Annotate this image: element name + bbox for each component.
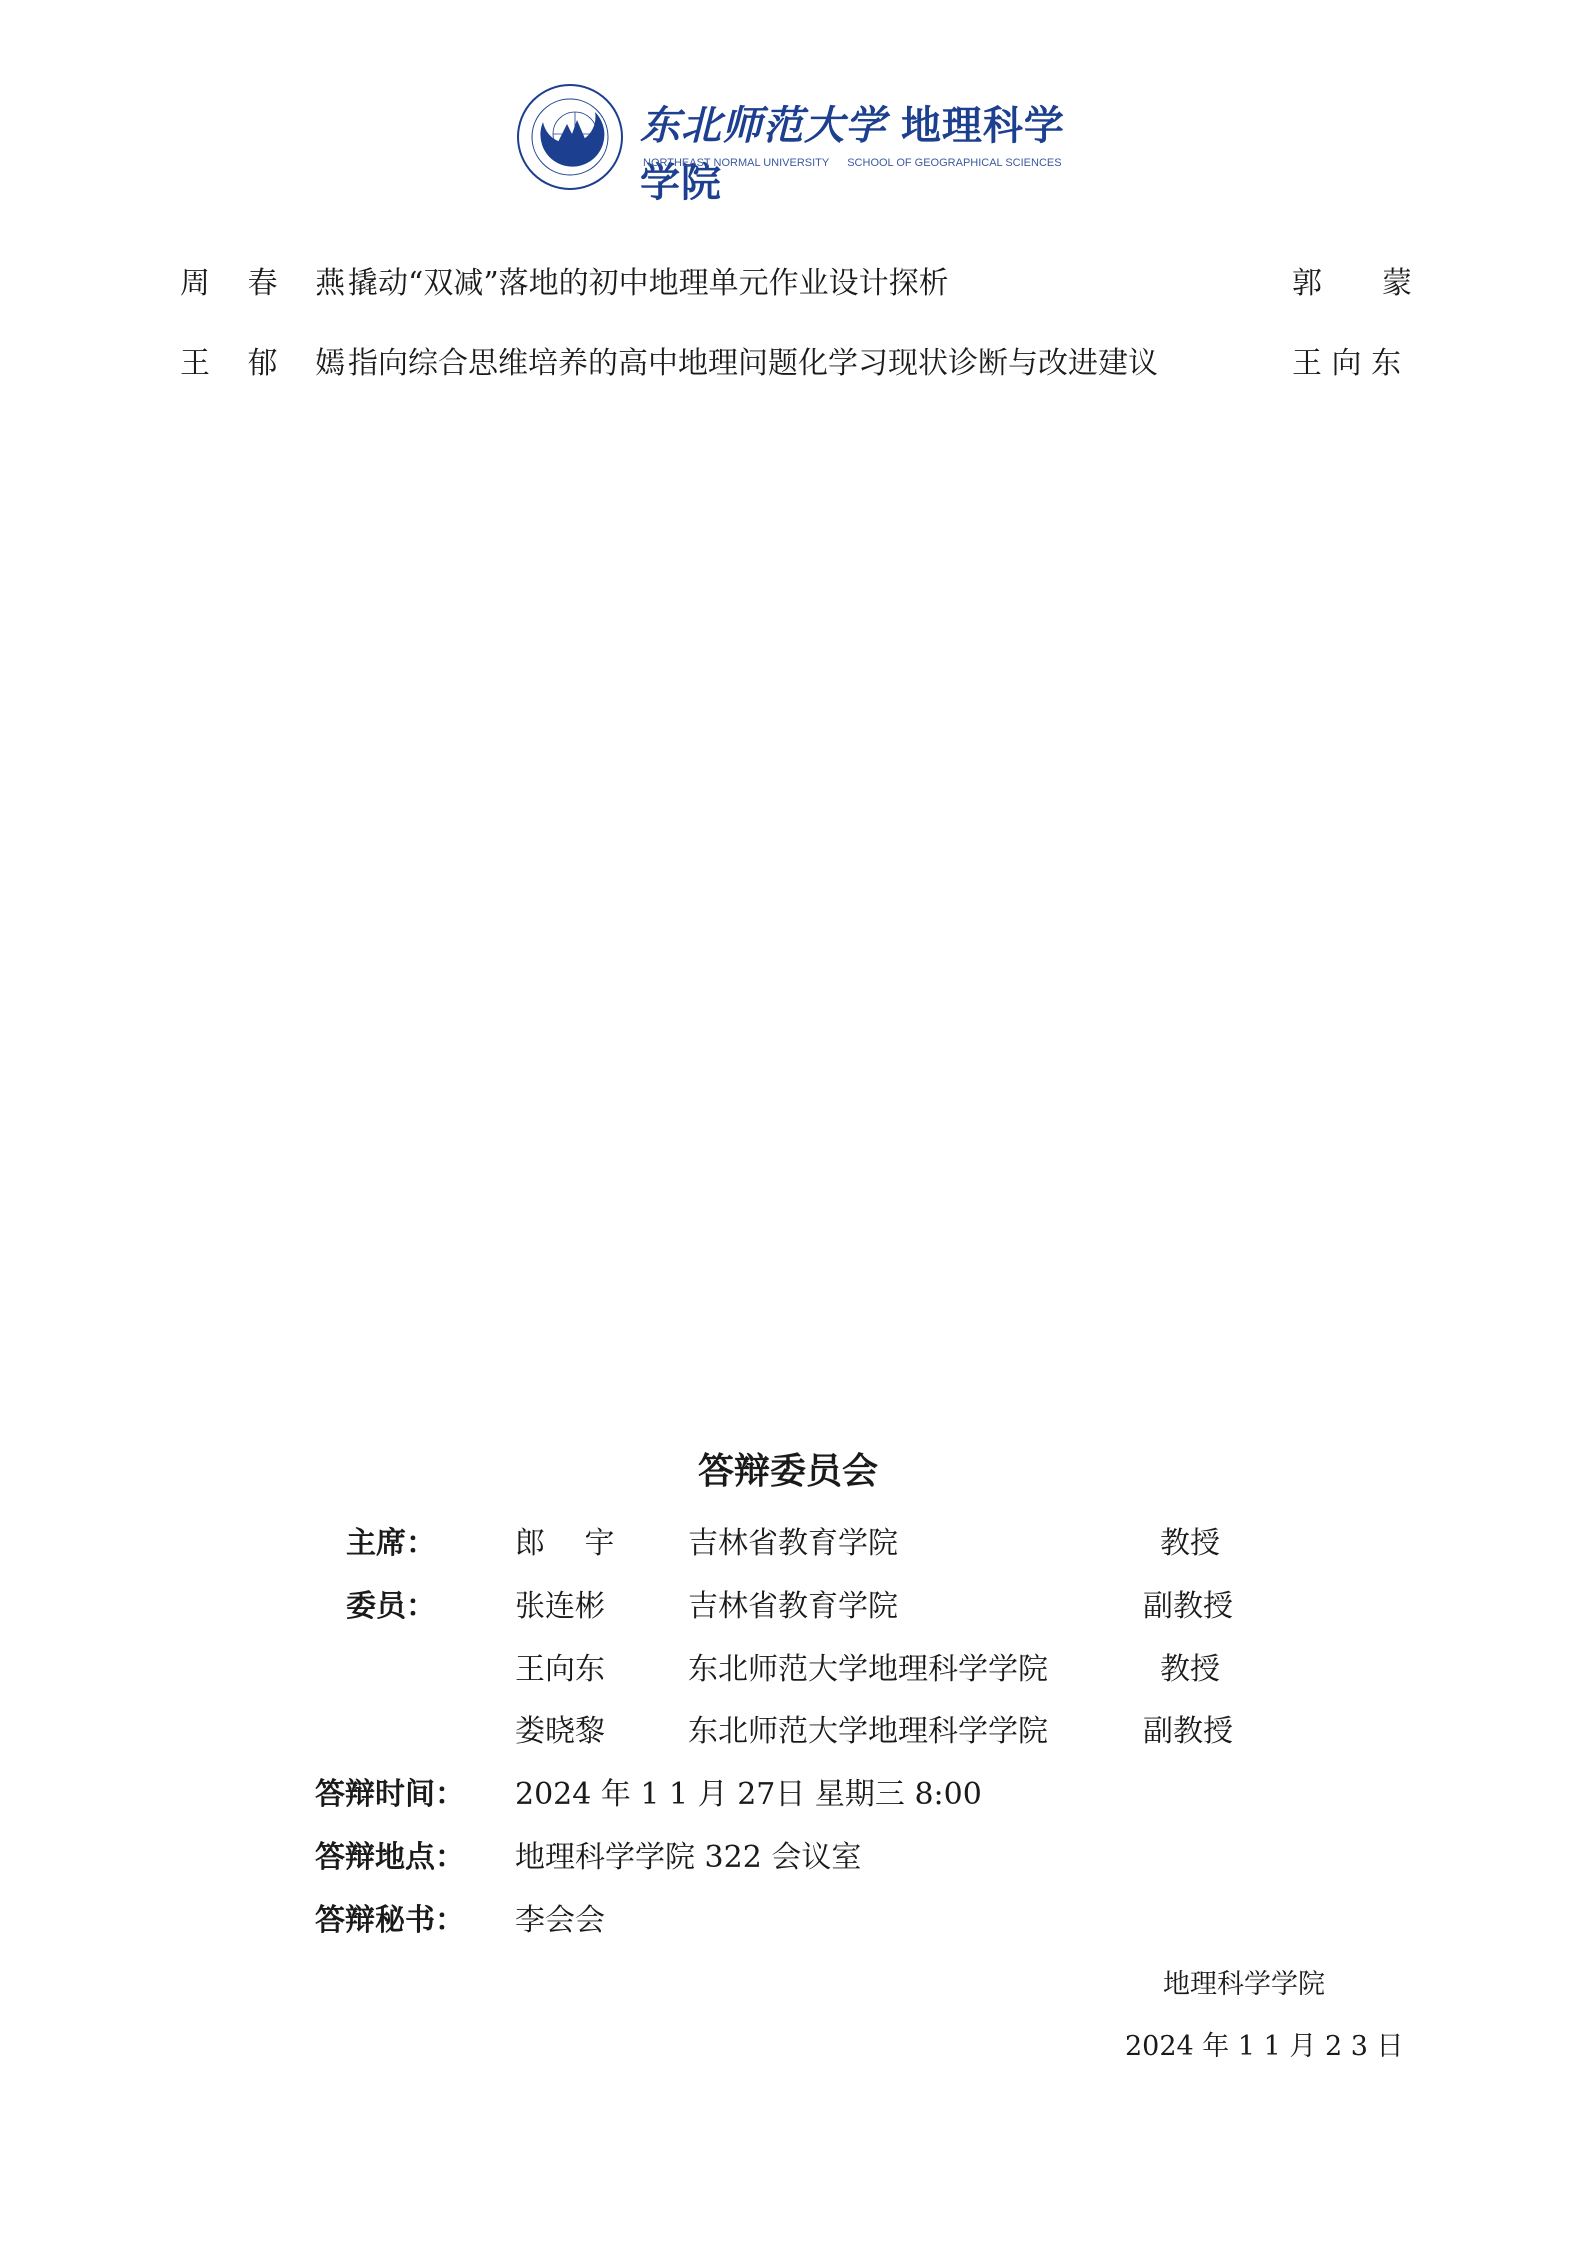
issue-date: 2024 年 1 1 月 2 3 日 — [1125, 2024, 1404, 2063]
committee-member-affiliation: 东北师范大学地理科学学院 — [688, 1644, 1048, 1688]
committee-member-affiliation: 吉林省教育学院 — [688, 1518, 898, 1562]
members-label: 委员： — [346, 1581, 436, 1625]
school-name-en: SCHOOL OF GEOGRAPHICAL SCIENCES — [847, 157, 1061, 169]
committee-member-rank: 副教授 — [1143, 1706, 1233, 1750]
defense-time-value: 2024 年 1 1 月 27日 星期三 8:00 — [515, 1769, 982, 1813]
defense-place-label: 答辩地点： — [315, 1832, 465, 1876]
committee-member-name: 郎 宇 — [515, 1518, 615, 1562]
header-logo: 东北师范大学 地理科学学院 NORTHEAST NORMAL UNIVERSIT… — [515, 82, 1085, 192]
defense-time-label: 答辩时间： — [315, 1769, 465, 1813]
committee-member-rank: 副教授 — [1143, 1581, 1233, 1625]
committee-member-name: 张连彬 — [515, 1581, 605, 1625]
defense-place-value: 地理科学学院 322 会议室 — [515, 1832, 861, 1876]
thesis-advisor: 郭 蒙 — [1292, 258, 1412, 302]
defense-secretary-label: 答辩秘书： — [315, 1895, 465, 1939]
university-seal-icon — [515, 82, 625, 192]
committee-member-rank: 教授 — [1160, 1518, 1220, 1562]
defense-secretary-value: 李会会 — [515, 1895, 605, 1939]
issuer: 地理科学学院 — [1163, 1962, 1325, 2001]
brand-name-en: NORTHEAST NORMAL UNIVERSITYSCHOOL OF GEO… — [643, 157, 1062, 169]
thesis-student: 周 春 燕 — [180, 258, 359, 302]
committee-heading: 答辩委员会 — [698, 1443, 878, 1494]
thesis-title: 指向综合思维培养的高中地理问题化学习现状诊断与改进建议 — [348, 338, 1158, 382]
committee-member-rank: 教授 — [1160, 1644, 1220, 1688]
chair-label: 主席： — [346, 1518, 436, 1562]
committee-member-affiliation: 吉林省教育学院 — [688, 1581, 898, 1625]
thesis-advisor: 王 向 东 — [1292, 338, 1401, 382]
committee-member-name: 王向东 — [515, 1644, 605, 1688]
committee-member-affiliation: 东北师范大学地理科学学院 — [688, 1706, 1048, 1750]
university-name-en: NORTHEAST NORMAL UNIVERSITY — [643, 157, 829, 169]
thesis-student: 王 郁 嫣 — [180, 338, 359, 382]
committee-member-name: 娄晓黎 — [515, 1706, 605, 1750]
thesis-title: 撬动“双减”落地的初中地理单元作业设计探析 — [348, 258, 949, 302]
brand-name: 东北师范大学 地理科学学院 — [640, 94, 1085, 208]
university-name-cn: 东北师范大学 — [640, 102, 886, 149]
